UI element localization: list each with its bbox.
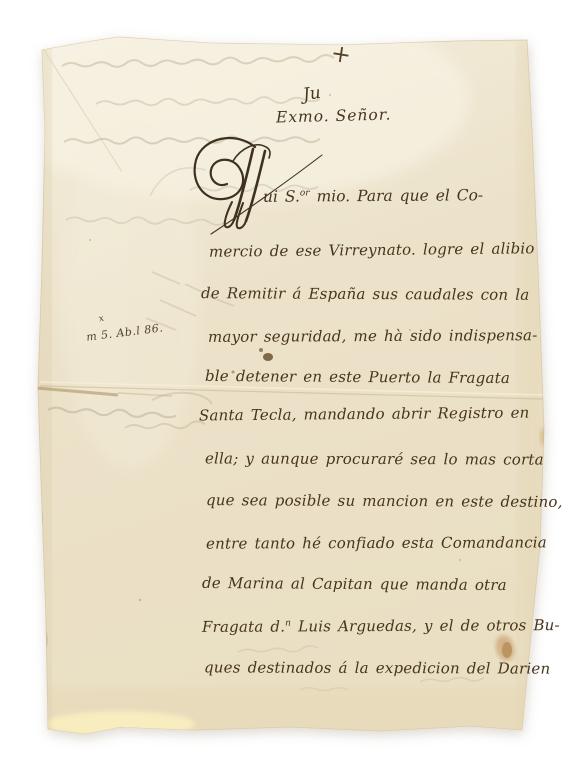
fragata-superscript: n <box>285 618 291 628</box>
invocation-flourish: Ju <box>302 85 322 104</box>
fragata-pre: Fragata d. <box>202 618 285 636</box>
manuscript-line-5: Santa Tecla, mandando abrir Registro en <box>199 406 530 424</box>
manuscript-line-3: mayor seguridad, me hà sido indispensa- <box>208 328 538 345</box>
manuscript-line-4: ble detener en este Puerto la Fragata <box>205 369 510 386</box>
manuscript-line-9: de Marina al Capitan que manda otra <box>202 576 507 593</box>
manuscript-line-8: entre tanto hé confiado esta Comandancia <box>206 535 547 551</box>
manuscript-photo: + Ju Exmo. Señor. x m 5. Ab.l 86. ui S.o… <box>0 0 569 770</box>
cross-mark: + <box>329 41 353 68</box>
manuscript-line-11: ques destinados á la expedicion del Dari… <box>204 660 550 676</box>
manuscript-line-10: Fragata d.n Luis Arguedas, y el de otros… <box>202 618 560 635</box>
opening-pre: ui S. <box>263 188 300 206</box>
salutation: Exmo. Señor. <box>276 107 392 126</box>
manuscript-line-7: que sea posible su mancion en este desti… <box>206 493 563 510</box>
manuscript-line-6: ella; y aunque procuraré sea lo mas cort… <box>205 451 544 467</box>
opening-post: mio. Para que el Co- <box>310 186 484 205</box>
opening-superscript: or <box>300 188 310 198</box>
fragata-post: Luis Arguedas, y el de otros Bu- <box>291 616 560 635</box>
manuscript-line-1: mercio de ese Virreynato. logre el alibi… <box>209 241 535 259</box>
manuscript-line-2: de Remitir á España sus caudales con la <box>201 286 529 303</box>
opening-line: ui S.or mio. Para que el Co- <box>263 188 483 205</box>
